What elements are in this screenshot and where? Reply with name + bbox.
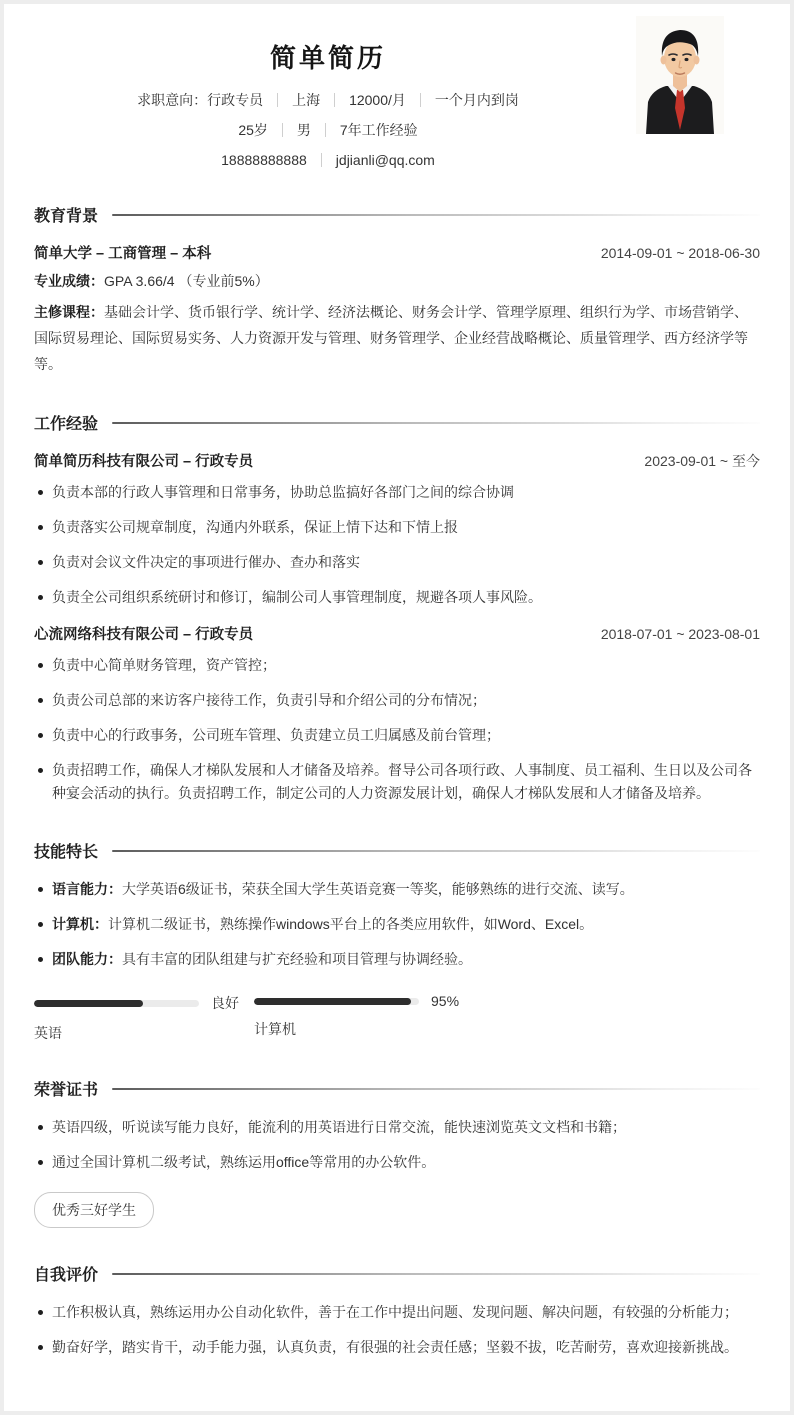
list-item: 团队能力：具有丰富的团队组建与扩充经验和项目管理与协调经验。: [34, 948, 760, 971]
list-item: 工作积极认真，熟练运用办公自动化软件，善于在工作中提出问题、发现问题、解决问题，…: [34, 1301, 760, 1324]
list-item: 语言能力：大学英语6级证书，荣获全国大学生英语竞赛一等奖，能够熟练的进行交流、读…: [34, 878, 760, 901]
section-title: 工作经验: [34, 411, 98, 434]
header-text-block: 简单简历 求职意向：行政专员 上海 12000/月 一个月内到岗 25岁 男 7…: [34, 38, 622, 169]
skill-name: 计算机: [254, 1019, 472, 1039]
duty-text: 负责落实公司规章制度，沟通内外联系，保证上情下达和下情上报: [52, 519, 458, 535]
section-title: 教育背景: [34, 203, 98, 226]
skill-bar-computer: 95% 计算机: [254, 993, 472, 1043]
duty-text: 负责招聘工作，确保人才梯队发展和人才储备及培养。督导公司各项行政、人事制度、员工…: [52, 762, 752, 801]
skill-level-label: 95%: [431, 993, 459, 1009]
progress-bar-track: [34, 1000, 199, 1007]
progress-bar-fill: [34, 1000, 143, 1007]
job-dates: 2018-07-01 ~ 2023-08-01: [601, 626, 760, 642]
list-item: 负责全公司组织系统研讨和修订，编制公司人事管理制度，规避各项人事风险。: [34, 586, 760, 609]
skill-bar-row: 良好: [34, 993, 252, 1013]
company-position: 心流网络科技有限公司 – 行政专员: [34, 623, 253, 644]
evaluation-text: 勤奋好学，踏实肯干，动手能力强，认真负责，有很强的社会责任感；坚毅不拔，吃苦耐劳…: [52, 1339, 738, 1355]
profile-photo: [636, 16, 724, 134]
honor-text: 通过全国计算机二级考试，熟练运用office等常用的办公软件。: [52, 1154, 435, 1170]
progress-bar-fill: [254, 998, 411, 1005]
skill-text: 计算机二级证书，熟练操作windows平台上的各类应用软件，如Word、Exce…: [108, 916, 593, 932]
list-item: 计算机：计算机二级证书，熟练操作windows平台上的各类应用软件，如Word、…: [34, 913, 760, 936]
list-item: 负责中心的行政事务，公司班车管理、负责建立员工归属感及前台管理；: [34, 724, 760, 747]
job-entry: 简单简历科技有限公司 – 行政专员 2023-09-01 ~ 至今 负责本部的行…: [34, 450, 760, 609]
list-item: 负责本部的行政人事管理和日常事务，协助总监搞好各部门之间的综合协调: [34, 481, 760, 504]
job-entry: 心流网络科技有限公司 – 行政专员 2018-07-01 ~ 2023-08-0…: [34, 623, 760, 805]
portrait-illustration-icon: [636, 16, 724, 134]
section-experience: 工作经验 简单简历科技有限公司 – 行政专员 2023-09-01 ~ 至今 负…: [34, 411, 760, 805]
section-header: 自我评价: [34, 1262, 760, 1285]
job-dates: 2023-09-01 ~ 至今: [644, 451, 760, 471]
duty-text: 负责中心的行政事务，公司班车管理、负责建立员工归属感及前台管理；: [52, 727, 500, 743]
education-entry: 简单大学 – 工商管理 – 本科 2014-09-01 ~ 2018-06-30: [34, 242, 760, 263]
section-divider-line: [112, 1088, 760, 1090]
list-item: 英语四级，听说读写能力良好，能流利的用英语进行日常交流，能快速浏览英文文档和书籍…: [34, 1116, 760, 1139]
age: 25岁: [238, 121, 268, 139]
section-divider-line: [112, 850, 760, 852]
duty-text: 负责中心简单财务管理，资产管控；: [52, 657, 276, 673]
contact-info-line: 18888888888 jdjianli@qq.com: [34, 151, 622, 169]
job-intent-line: 求职意向：行政专员 上海 12000/月 一个月内到岗: [34, 91, 622, 109]
progress-bar-track: [254, 998, 419, 1005]
gpa-line: 专业成绩：GPA 3.66/4 （专业前5%）: [34, 268, 760, 294]
job-duties-list: 负责本部的行政人事管理和日常事务，协助总监搞好各部门之间的综合协调 负责落实公司…: [34, 481, 760, 609]
section-title: 技能特长: [34, 839, 98, 862]
list-item: 负责公司总部的来访客户接待工作，负责引导和介绍公司的分布情况；: [34, 689, 760, 712]
skill-bar-row: 95%: [254, 993, 472, 1009]
section-header: 技能特长: [34, 839, 760, 862]
duty-text: 负责对会议文件决定的事项进行催办、查办和落实: [52, 554, 360, 570]
list-item: 负责中心简单财务管理，资产管控；: [34, 654, 760, 677]
section-header: 荣誉证书: [34, 1077, 760, 1100]
job-intent: 求职意向：行政专员: [137, 91, 263, 109]
list-item: 通过全国计算机二级考试，熟练运用office等常用的办公软件。: [34, 1151, 760, 1174]
section-divider-line: [112, 422, 760, 424]
expected-salary: 12000/月: [349, 91, 406, 109]
evaluation-text: 工作积极认真，熟练运用办公自动化软件，善于在工作中提出问题、发现问题、解决问题，…: [52, 1304, 738, 1320]
skills-list: 语言能力：大学英语6级证书，荣获全国大学生英语竞赛一等奖，能够熟练的进行交流、读…: [34, 878, 760, 971]
honors-list: 英语四级，听说读写能力良好，能流利的用英语进行日常交流，能快速浏览英文文档和书籍…: [34, 1116, 760, 1174]
gpa-label: 专业成绩：: [34, 273, 104, 289]
divider: [420, 93, 421, 107]
section-skills: 技能特长 语言能力：大学英语6级证书，荣获全国大学生英语竞赛一等奖，能够熟练的进…: [34, 839, 760, 1043]
page-title: 简单简历: [34, 38, 622, 75]
section-divider-line: [112, 214, 760, 216]
section-education: 教育背景 简单大学 – 工商管理 – 本科 2014-09-01 ~ 2018-…: [34, 203, 760, 377]
courses-line: 主修课程：基础会计学、货币银行学、统计学、经济法概论、财务会计学、管理学原理、组…: [34, 299, 760, 377]
section-header: 工作经验: [34, 411, 760, 434]
availability: 一个月内到岗: [435, 91, 519, 109]
city: 上海: [292, 91, 320, 109]
education-dates: 2014-09-01 ~ 2018-06-30: [601, 245, 760, 261]
skill-label: 团队能力：: [52, 951, 122, 967]
section-honors: 荣誉证书 英语四级，听说读写能力良好，能流利的用英语进行日常交流，能快速浏览英文…: [34, 1077, 760, 1228]
divider: [321, 153, 322, 167]
divider: [325, 123, 326, 137]
divider: [282, 123, 283, 137]
duty-text: 负责本部的行政人事管理和日常事务，协助总监搞好各部门之间的综合协调: [52, 484, 514, 500]
list-item: 负责招聘工作，确保人才梯队发展和人才储备及培养。督导公司各项行政、人事制度、员工…: [34, 759, 760, 805]
honor-text: 英语四级，听说读写能力良好，能流利的用英语进行日常交流，能快速浏览英文文档和书籍…: [52, 1119, 626, 1135]
email-address: jdjianli@qq.com: [336, 151, 435, 169]
skill-label: 计算机：: [52, 916, 108, 932]
phone-number: 18888888888: [221, 151, 307, 169]
courses-text: 基础会计学、货币银行学、统计学、经济法概论、财务会计学、管理学原理、组织行为学、…: [34, 304, 748, 372]
divider: [277, 93, 278, 107]
evaluation-list: 工作积极认真，熟练运用办公自动化软件，善于在工作中提出问题、发现问题、解决问题，…: [34, 1301, 760, 1359]
company-position: 简单简历科技有限公司 – 行政专员: [34, 450, 253, 471]
skill-bar-english: 良好 英语: [34, 993, 252, 1043]
section-title: 自我评价: [34, 1262, 98, 1285]
job-title-row: 心流网络科技有限公司 – 行政专员 2018-07-01 ~ 2023-08-0…: [34, 623, 760, 644]
skill-name: 英语: [34, 1023, 252, 1043]
gender: 男: [297, 121, 311, 139]
personal-info-line: 25岁 男 7年工作经验: [34, 121, 622, 139]
skill-label: 语言能力：: [52, 881, 122, 897]
list-item: 负责落实公司规章制度，沟通内外联系，保证上情下达和下情上报: [34, 516, 760, 539]
resume-header: 简单简历 求职意向：行政专员 上海 12000/月 一个月内到岗 25岁 男 7…: [34, 12, 760, 169]
list-item: 勤奋好学，踏实肯干，动手能力强，认真负责，有很强的社会责任感；坚毅不拔，吃苦耐劳…: [34, 1336, 760, 1359]
skill-level-label: 良好: [211, 993, 239, 1013]
skill-text: 具有丰富的团队组建与扩充经验和项目管理与协调经验。: [122, 951, 472, 967]
honor-badge: 优秀三好学生: [34, 1192, 154, 1228]
skill-bars: 良好 英语 95% 计算机: [34, 993, 760, 1043]
section-self-evaluation: 自我评价 工作积极认真，熟练运用办公自动化软件，善于在工作中提出问题、发现问题、…: [34, 1262, 760, 1359]
list-item: 负责对会议文件决定的事项进行催办、查办和落实: [34, 551, 760, 574]
school-degree: 简单大学 – 工商管理 – 本科: [34, 242, 211, 263]
job-title-row: 简单简历科技有限公司 – 行政专员 2023-09-01 ~ 至今: [34, 450, 760, 471]
skill-text: 大学英语6级证书，荣获全国大学生英语竞赛一等奖，能够熟练的进行交流、读写。: [122, 881, 634, 897]
duty-text: 负责全公司组织系统研讨和修订，编制公司人事管理制度，规避各项人事风险。: [52, 589, 542, 605]
job-duties-list: 负责中心简单财务管理，资产管控； 负责公司总部的来访客户接待工作，负责引导和介绍…: [34, 654, 760, 805]
courses-label: 主修课程：: [34, 304, 104, 320]
section-title: 荣誉证书: [34, 1077, 98, 1100]
resume-page: 简单简历 求职意向：行政专员 上海 12000/月 一个月内到岗 25岁 男 7…: [4, 4, 790, 1411]
experience-years: 7年工作经验: [340, 121, 418, 139]
section-divider-line: [112, 1273, 760, 1275]
duty-text: 负责公司总部的来访客户接待工作，负责引导和介绍公司的分布情况；: [52, 692, 486, 708]
gpa-value: GPA 3.66/4 （专业前5%）: [104, 273, 269, 289]
divider: [334, 93, 335, 107]
section-header: 教育背景: [34, 203, 760, 226]
